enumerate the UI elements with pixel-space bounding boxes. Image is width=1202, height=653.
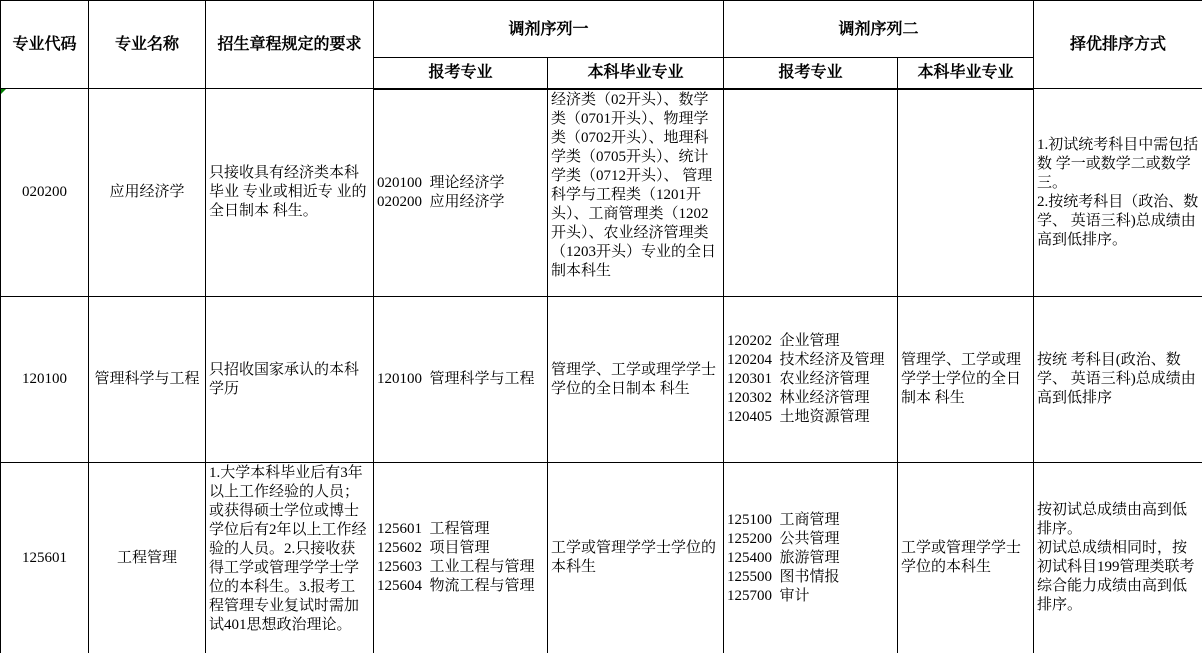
header-major-name: 专业名称 [89,1,206,89]
cell-major-code: 125601 [1,463,89,653]
adjustment-table: 专业代码 专业名称 招生章程规定的要求 调剂序列一 调剂序列二 择优排序方式 报… [0,0,1202,653]
admission-adjustment-sheet: 专业代码 专业名称 招生章程规定的要求 调剂序列一 调剂序列二 择优排序方式 报… [0,0,1202,653]
header-sequence-2: 调剂序列二 [724,1,1034,58]
cell-seq1-grad: 管理学、工学或理学学士学位的全日制本 科生 [548,297,724,463]
cell-major-name: 工程管理 [89,463,206,653]
table-row: 125601 工程管理 1.大学本科毕业后有3年以上工作经验的人员；或获得硕士学… [1,463,1202,653]
cell-major-name: 应用经济学 [89,89,206,297]
cell-seq2-apply [724,89,898,297]
cell-seq2-apply: 120202 企业管理 120204 技术经济及管理 120301 农业经济管理… [724,297,898,463]
cell-seq2-grad: 工学或管理学学士学位的本科生 [898,463,1034,653]
cell-seq1-grad: 经济类（02开头）、数学类（0701开头）、物理学类（0702开头）、地理科学类… [548,89,724,297]
header-major-code: 专业代码 [1,1,89,89]
cell-seq2-grad [898,89,1034,297]
header-sequence-1: 调剂序列一 [374,1,724,58]
header-seq1-apply-major: 报考专业 [374,58,548,89]
cell-requirement: 1.大学本科毕业后有3年以上工作经验的人员；或获得硕士学位或博士学位后有2年以上… [206,463,374,653]
cell-requirement: 只招收国家承认的本科学历 [206,297,374,463]
cell-seq1-apply: 125601 工程管理 125602 项目管理 125603 工业工程与管理 1… [374,463,548,653]
header-rank-method: 择优排序方式 [1034,1,1202,89]
cell-rank-method: 按统 考科目(政治、数学、 英语三科)总成绩由高到低排序 [1034,297,1202,463]
cell-major-code: 020200 [1,89,89,297]
header-seq2-grad-major: 本科毕业专业 [898,58,1034,89]
cell-requirement: 只接收具有经济类本科毕业 专业或相近专 业的全日制本 科生。 [206,89,374,297]
cell-seq2-apply: 125100 工商管理 125200 公共管理 125400 旅游管理 1255… [724,463,898,653]
cell-seq1-apply: 020100 理论经济学 020200 应用经济学 [374,89,548,297]
cell-rank-method: 按初试总成绩由高到低排序。 初试总成绩相同时，按初试科目199管理类联考综合能力… [1034,463,1202,653]
cell-seq2-grad: 管理学、工学或理学学士学位的全日制本 科生 [898,297,1034,463]
cell-seq1-apply: 120100 管理科学与工程 [374,297,548,463]
cell-major-code: 120100 [1,297,89,463]
major-code-value: 020200 [22,184,67,200]
header-seq1-grad-major: 本科毕业专业 [548,58,724,89]
cell-major-name: 管理科学与工程 [89,297,206,463]
excel-text-flag-icon [1,89,6,94]
table-row: 020200 应用经济学 只接收具有经济类本科毕业 专业或相近专 业的全日制本 … [1,89,1202,297]
cell-rank-method: 1.初试统考科目中需包括数 学一或数学二或数学三。 2.按统考科目（政治、数学、… [1034,89,1202,297]
header-seq2-apply-major: 报考专业 [724,58,898,89]
cell-seq1-grad: 工学或管理学学士学位的本科生 [548,463,724,653]
table-row: 120100 管理科学与工程 只招收国家承认的本科学历 120100 管理科学与… [1,297,1202,463]
header-requirement: 招生章程规定的要求 [206,1,374,89]
